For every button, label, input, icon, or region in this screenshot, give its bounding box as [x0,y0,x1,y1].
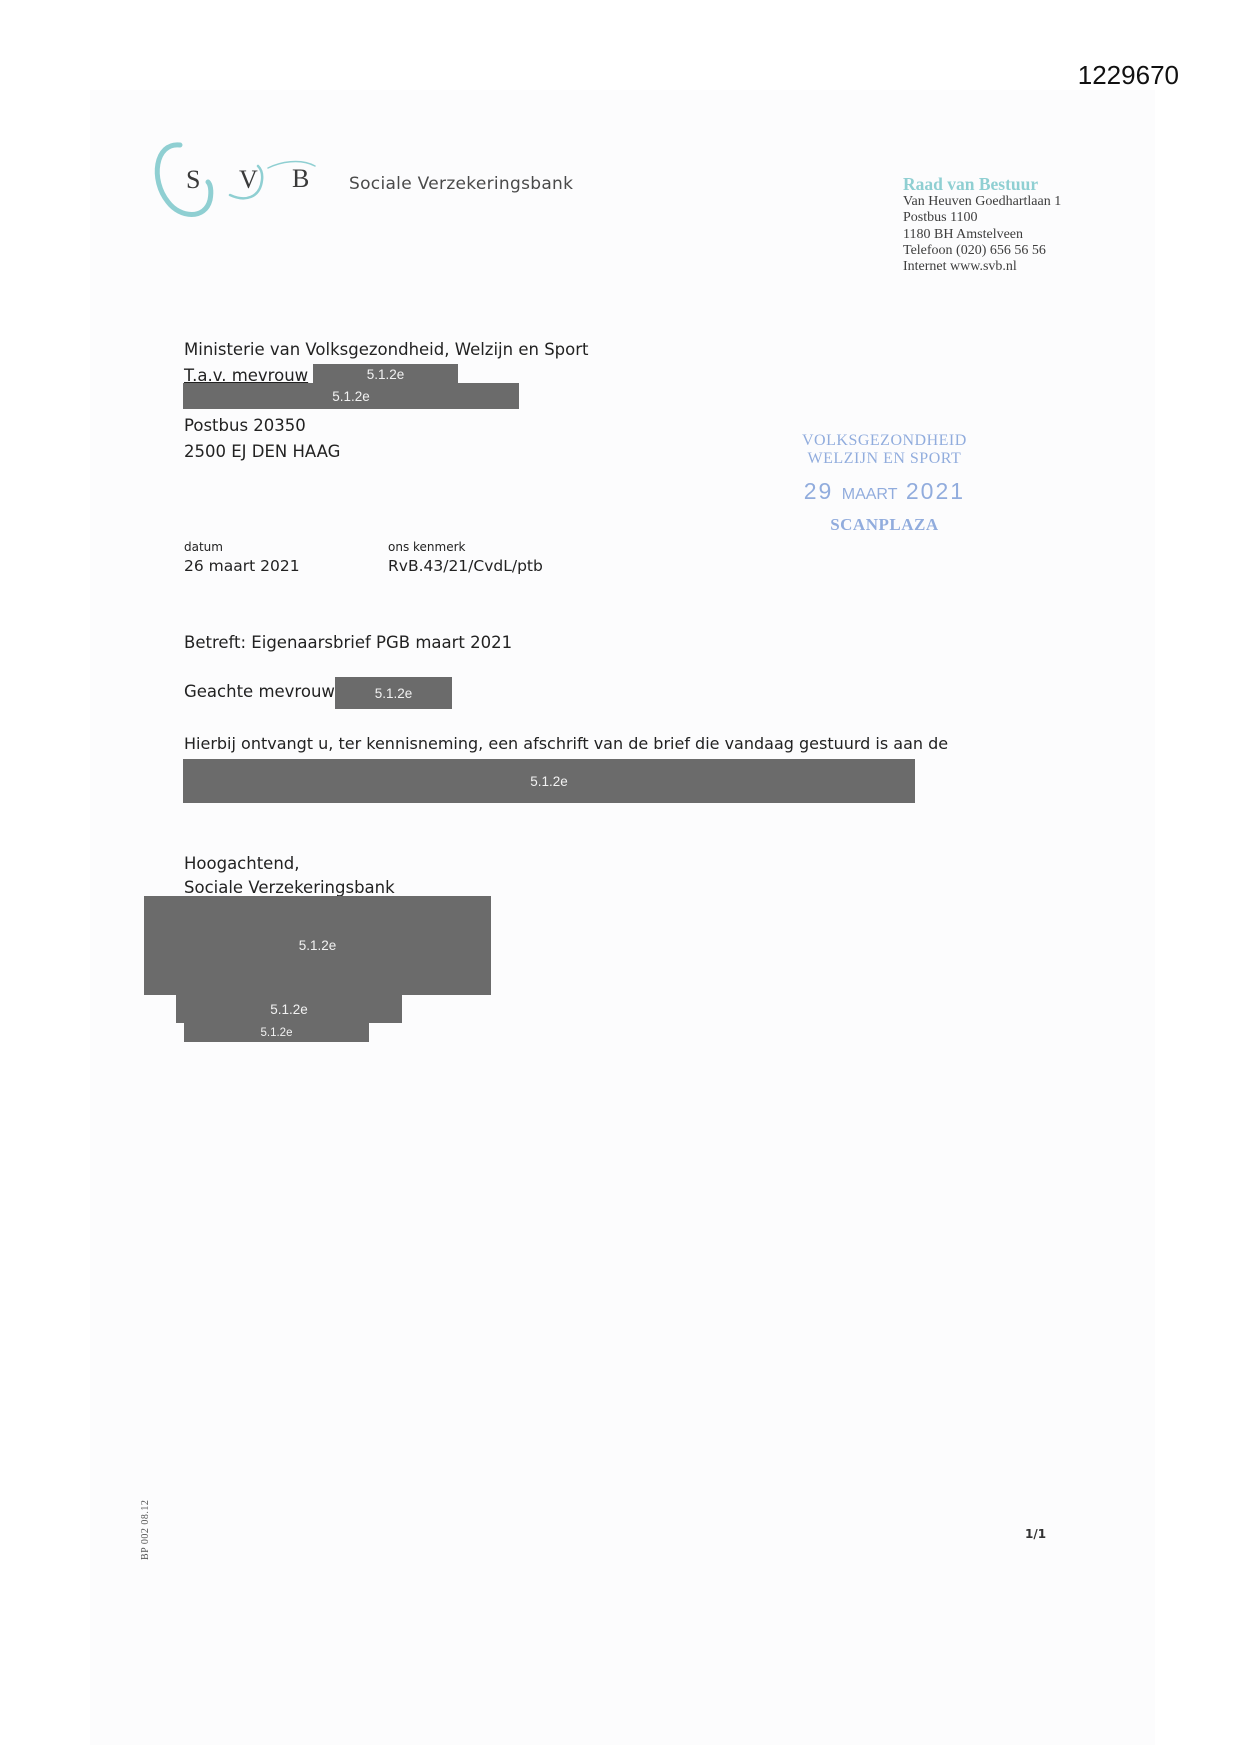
document-number: 1229670 [1078,60,1179,91]
reference-value: RvB.43/21/CvdL/ptb [388,557,543,575]
svg-text:S: S [186,165,200,194]
stamp-year: 2021 [906,478,965,504]
salutation: Geachte mevrouw [184,682,335,701]
page-indicator: 1/1 [1025,1527,1046,1541]
redaction-body-recipient: 5.1.2e [183,759,915,803]
sender-website: Internet www.svb.nl [903,259,1061,275]
svg-text:V: V [239,165,258,194]
redaction-recipient-department: 5.1.2e [183,383,519,409]
stamp-scanplaza: SCANPLAZA [802,515,967,535]
organization-name: Sociale Verzekeringsbank [349,174,573,194]
signature-organization: Sociale Verzekeringsbank [184,878,395,897]
redaction-signatory-title: 5.1.2e [184,1023,369,1042]
reference-label: ons kenmerk [388,540,465,554]
sender-address-line: 1180 BH Amstelveen [903,227,1061,243]
redaction-recipient-name: 5.1.2e [313,364,458,384]
subject-line: Betreft: Eigenaarsbrief PGB maart 2021 [184,633,512,652]
redaction-salutation-name: 5.1.2e [335,677,452,709]
redaction-signature: 5.1.2e [144,896,491,995]
date-label: datum [184,540,223,554]
redaction-signatory-name: 5.1.2e [176,995,402,1023]
stamp-date: 29 MAART 2021 [802,478,967,505]
stamp-month: MAART [842,486,898,503]
body-paragraph: Hierbij ontvangt u, ter kennisneming, ee… [184,734,948,753]
date-value: 26 maart 2021 [184,557,300,575]
sender-address-line: Postbus 1100 [903,210,1061,226]
recipient-city: 2500 EJ DEN HAAG [184,442,340,461]
stamp-line-2: WELZIJN EN SPORT [802,450,967,468]
svg-text:B: B [292,164,309,193]
recipient-postbus: Postbus 20350 [184,416,306,435]
stamp-day: 29 [804,478,834,504]
department-name: Raad van Bestuur [903,174,1061,194]
svb-logo: S V B [150,140,380,230]
sender-address-block: Raad van Bestuur Van Heuven Goedhartlaan… [903,174,1061,275]
recipient-line-ministry: Ministerie van Volksgezondheid, Welzijn … [184,340,589,359]
sender-phone: Telefoon (020) 656 56 56 [903,243,1061,259]
stamp-line-1: VOLKSGEZONDHEID [802,432,967,450]
closing: Hoogachtend, [184,854,300,873]
received-stamp: VOLKSGEZONDHEID WELZIJN EN SPORT 29 MAAR… [802,432,967,535]
svb-logo-icon: S V B [150,140,380,230]
sender-address-line: Van Heuven Goedhartlaan 1 [903,194,1061,210]
form-code: BP 002 08.12 [140,1500,151,1560]
